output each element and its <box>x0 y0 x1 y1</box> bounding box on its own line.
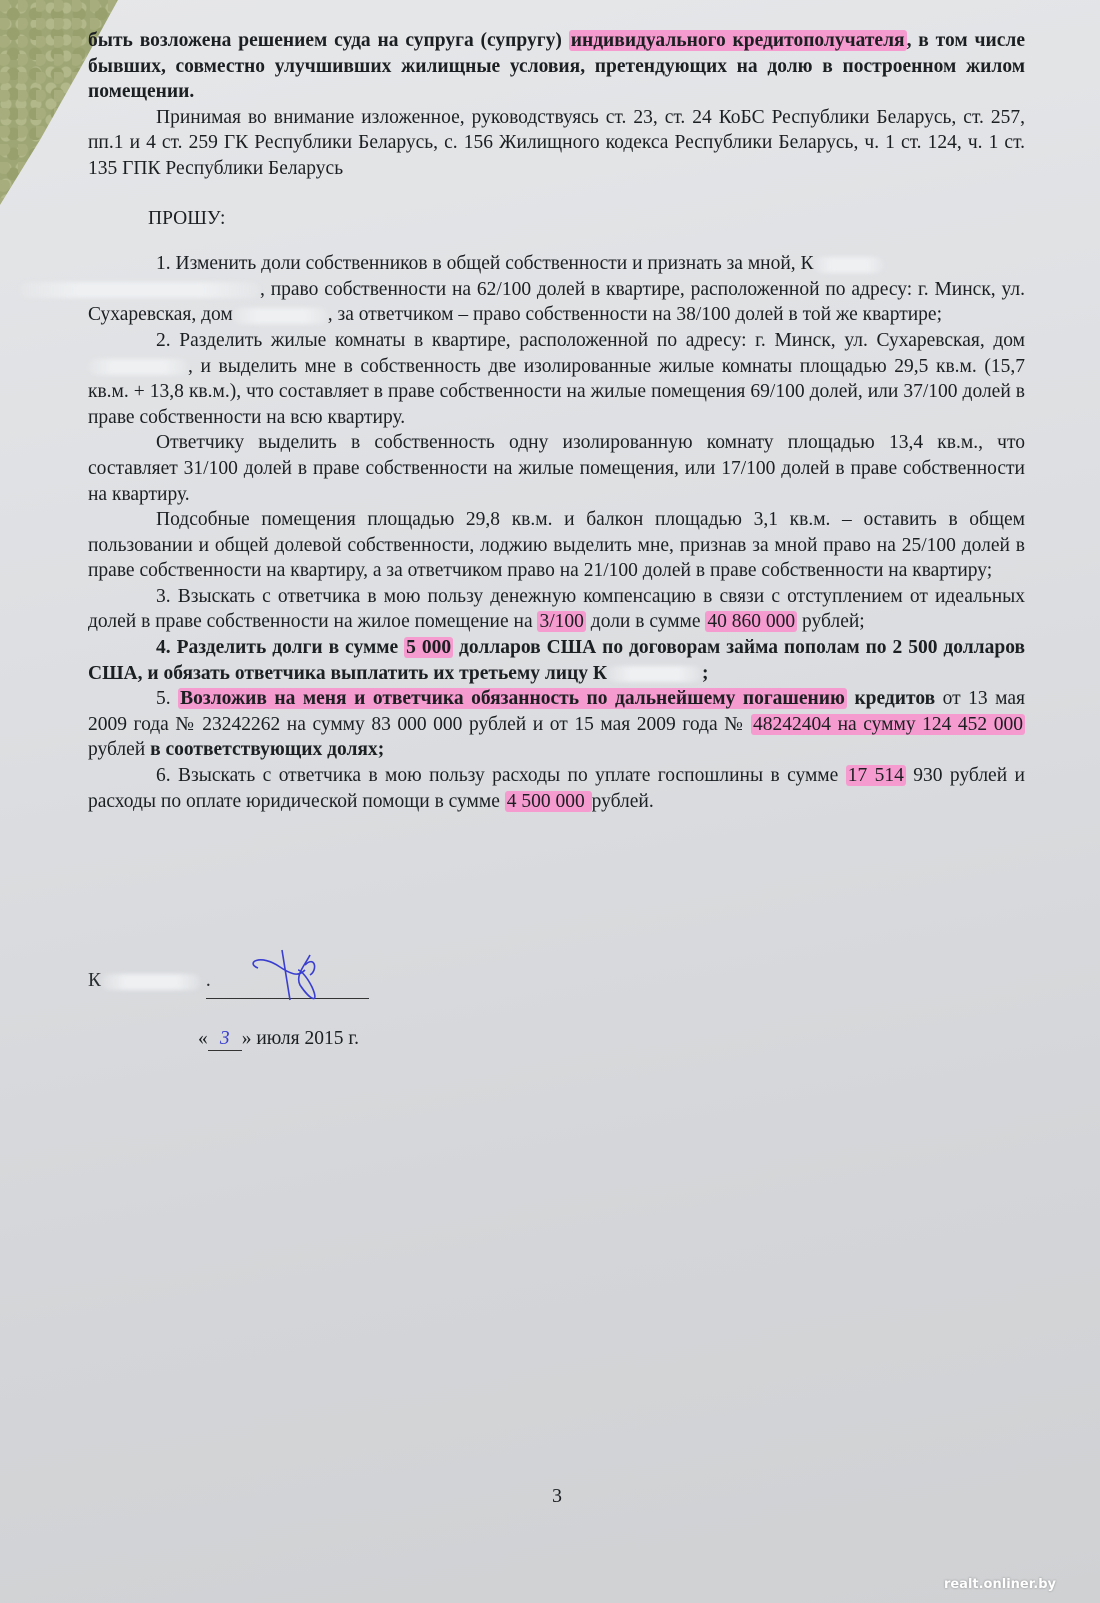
item-2-text-b: , и выделить мне в собственность две изо… <box>88 356 1025 428</box>
item-1-text-a: 1. Изменить доли собственников в общей с… <box>156 253 814 274</box>
item-6-text-a: 6. Взыскать с ответчика в мою пользу рас… <box>156 765 846 786</box>
highlight-obligation: Возложив на меня и ответчика обязанность… <box>178 688 847 709</box>
signatory-dot: . <box>206 970 211 991</box>
item-4-text-c: ; <box>702 663 709 684</box>
date-day: 3 <box>208 1028 242 1051</box>
item-5-credits: кредитов <box>854 688 935 709</box>
item-6-text-c: рублей. <box>592 791 654 812</box>
highlight-debt-amount: 5 000 <box>404 637 453 658</box>
redacted-third-party <box>607 666 702 682</box>
document-date: «3» июля 2015 г. <box>198 1028 359 1051</box>
intro-paragraph: быть возложена решением суда на супруга … <box>88 28 1025 105</box>
item-2-text-a: 2. Разделить жилые комнаты в квартире, р… <box>156 330 1025 351</box>
page-number: 3 <box>552 1485 562 1508</box>
highlight-compensation-amount: 40 860 000 <box>705 611 797 632</box>
redacted-address <box>88 359 188 375</box>
item-4: 4. Разделить долги в сумме 5 000 долларо… <box>88 635 1025 686</box>
highlight-loan-amount: 48242404 на сумму 124 452 000 <box>751 714 1025 735</box>
item-5-shares: в соответствующих долях <box>150 739 378 760</box>
redacted-name <box>814 257 884 273</box>
handwritten-signature-icon <box>240 945 360 1005</box>
item-5-text-c: ; <box>378 739 385 760</box>
signatory-initial: К <box>88 970 101 991</box>
item-2-defendant: Ответчику выделить в собственность одну … <box>88 430 1025 507</box>
item-5-number: 5. <box>156 688 178 709</box>
item-5: 5. Возложив на меня и ответчика обязанно… <box>88 686 1025 763</box>
item-4-text-a: 4. Разделить долги в сумме <box>156 637 404 658</box>
item-1-text-c: , за ответчиком – право собственности на… <box>328 304 942 325</box>
intro-text: быть возложена решением суда на супруга … <box>88 30 569 51</box>
item-2-auxiliary: Подсобные помещения площадью 29,8 кв.м. … <box>88 507 1025 584</box>
legal-basis-paragraph: Принимая во внимание изложенное, руковод… <box>88 105 1025 182</box>
item-6: 6. Взыскать с ответчика в мою пользу рас… <box>88 763 1025 814</box>
redacted-name-cont <box>20 282 260 298</box>
item-1: 1. Изменить доли собственников в общей с… <box>88 251 1025 328</box>
highlight-individual-borrower: индивидуального кредитополучателя <box>569 30 907 51</box>
watermark: realt.onliner.by <box>944 1577 1056 1592</box>
item-3-text-b: доли в сумме <box>586 611 706 632</box>
date-month-year: » июля 2015 г. <box>242 1028 359 1049</box>
document-body: быть возложена решением суда на супруга … <box>88 28 1025 814</box>
signatory: К . <box>88 970 211 992</box>
petition-heading: ПРОШУ: <box>88 206 1025 232</box>
item-2: 2. Разделить жилые комнаты в квартире, р… <box>88 328 1025 430</box>
item-3-text-c: рублей; <box>797 611 865 632</box>
highlight-share: 3/100 <box>537 611 585 632</box>
item-5-text-b: рублей <box>88 739 150 760</box>
date-open-quote: « <box>198 1028 208 1049</box>
highlight-fee-amount: 17 514 <box>846 765 906 786</box>
item-3: 3. Взыскать с ответчика в мою пользу ден… <box>88 584 1025 635</box>
highlight-legal-aid-amount: 4 500 000 <box>505 791 592 812</box>
redacted-signatory-name <box>101 974 201 990</box>
redacted-address <box>233 308 328 324</box>
